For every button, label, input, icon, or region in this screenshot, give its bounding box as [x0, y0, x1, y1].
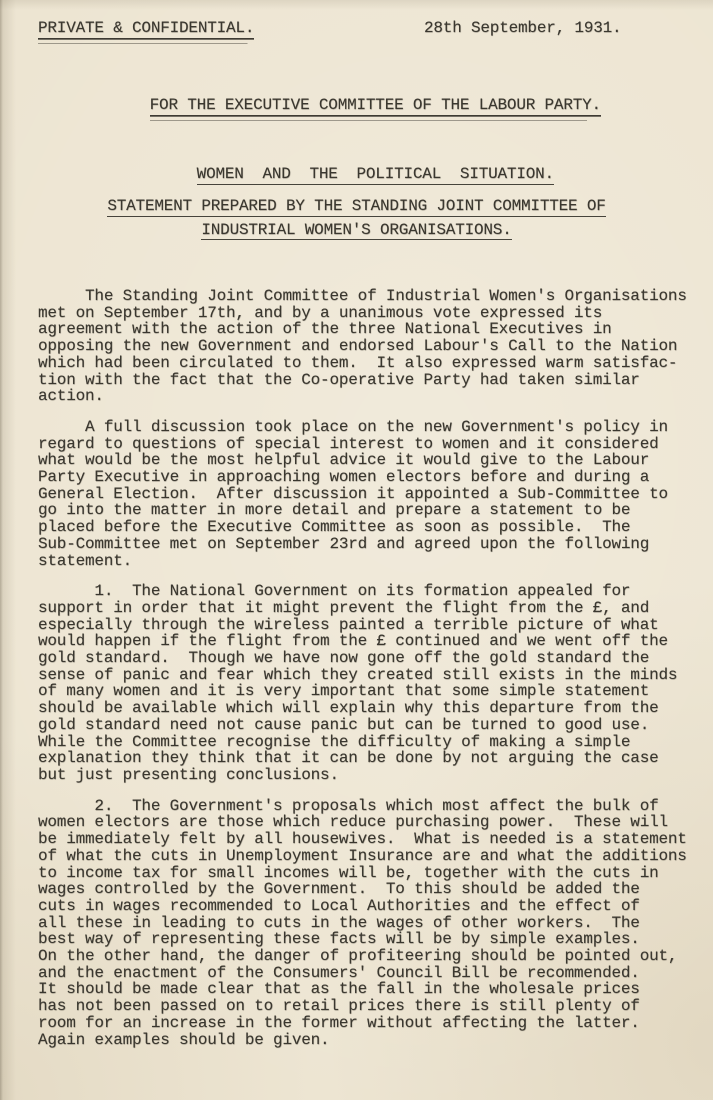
document-subtitle: STATEMENT PREPARED BY THE STANDING JOINT…: [0, 198, 713, 240]
document-title-row: WOMEN AND THE POLITICAL SITUATION.: [0, 149, 713, 199]
document-body: The Standing Joint Committee of Industri…: [38, 288, 710, 1062]
paragraph-item-2: 2. The Government's proposals which most…: [38, 798, 710, 1049]
paragraph-introduction: The Standing Joint Committee of Industri…: [38, 288, 710, 405]
addressee-heading-row: FOR THE EXECUTIVE COMMITTEE OF THE LABOU…: [0, 80, 713, 130]
subtitle-line-1: STATEMENT PREPARED BY THE STANDING JOINT…: [107, 198, 605, 217]
paragraph-discussion: A full discussion took place on the new …: [38, 419, 710, 569]
document-page: PRIVATE & CONFIDENTIAL. 28th September, …: [0, 0, 713, 1100]
addressee-heading: FOR THE EXECUTIVE COMMITTEE OF THE LABOU…: [150, 96, 601, 121]
classification-label: PRIVATE & CONFIDENTIAL.: [38, 20, 254, 44]
paragraph-item-1: 1. The National Government on its format…: [38, 583, 710, 783]
date-label: 28th September, 1931.: [424, 20, 621, 37]
subtitle-line-2: INDUSTRIAL WOMEN'S ORGANISATIONS.: [201, 222, 511, 241]
document-title: WOMEN AND THE POLITICAL SITUATION.: [197, 165, 554, 185]
